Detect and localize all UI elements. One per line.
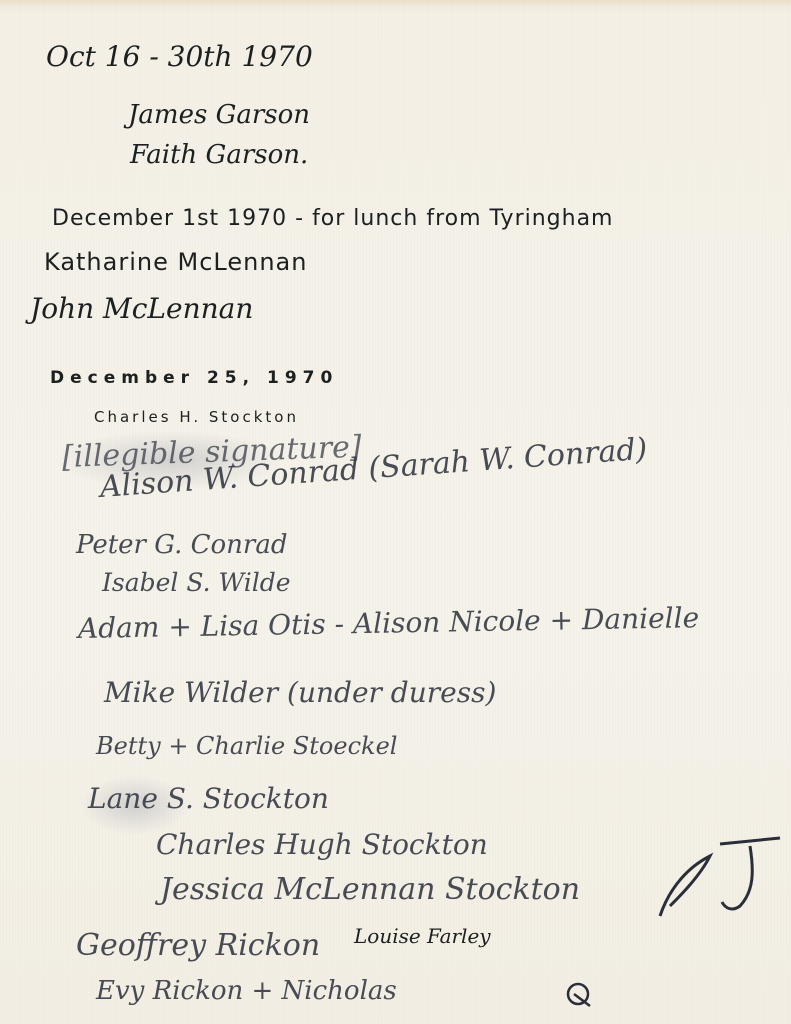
doodle-mark: [560, 976, 600, 1016]
signature: Charles H. Stockton: [94, 408, 299, 426]
entry-date: December 1st 1970 - for lunch from Tyrin…: [52, 206, 613, 231]
signature: Peter G. Conrad: [76, 530, 287, 560]
signature: Faith Garson.: [130, 140, 308, 170]
signature: Mike Wilder (under duress): [104, 676, 496, 709]
signature: Adam + Lisa Otis - Alison Nicole + Danie…: [78, 601, 700, 645]
flourish-mark: [650, 836, 790, 926]
signature: Katharine McLennan: [44, 248, 307, 276]
signature: Charles Hugh Stockton: [156, 828, 488, 861]
signature: James Garson: [128, 100, 310, 130]
signature: Louise Farley: [354, 924, 491, 948]
entry-date: December 25, 1970: [50, 368, 338, 388]
signature: Isabel S. Wilde: [102, 568, 291, 597]
signature: Jessica McLennan Stockton: [160, 872, 580, 907]
signature: Evy Rickon + Nicholas: [96, 976, 397, 1006]
signature: John McLennan: [30, 292, 253, 325]
signature: Betty + Charlie Stoeckel: [96, 732, 397, 760]
guestbook-page: Oct 16 - 30th 1970 James Garson Faith Ga…: [0, 0, 791, 1024]
signature: Geoffrey Rickon: [76, 928, 320, 963]
entry-date: Oct 16 - 30th 1970: [46, 40, 313, 73]
signature: Lane S. Stockton: [88, 782, 329, 815]
